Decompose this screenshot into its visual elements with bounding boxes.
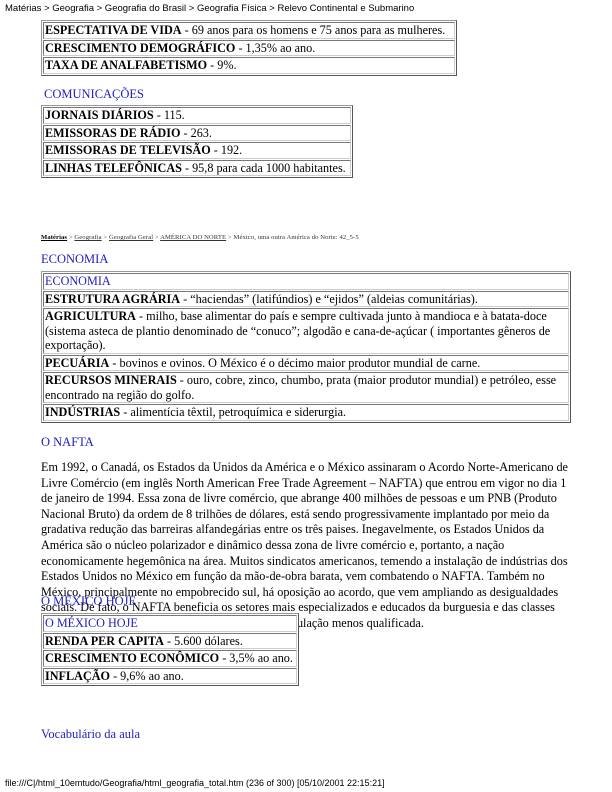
nafta-heading: O NAFTA bbox=[41, 435, 94, 450]
table-caption: ECONOMIA bbox=[43, 273, 569, 290]
row-label: RENDA PER CAPITA bbox=[45, 634, 164, 648]
economy-heading: ECONOMIA bbox=[41, 252, 108, 267]
economy-table: ECONOMIA ESTRUTURA AGRÁRIA - “haciendas”… bbox=[41, 271, 571, 423]
row-label: PECUÁRIA bbox=[45, 356, 109, 370]
table-row: EMISSORAS DE RÁDIO - 263. bbox=[43, 125, 351, 142]
row-value: - bovinos e ovinos. O México é o décimo … bbox=[109, 356, 480, 370]
demography-table: ESPECTATIVA DE VIDA - 69 anos para os ho… bbox=[41, 20, 457, 76]
table-row: INDÚSTRIAS - alimentícia têxtil, petroqu… bbox=[43, 404, 569, 421]
row-value: - 115. bbox=[154, 108, 185, 122]
row-value: - 263. bbox=[180, 126, 211, 140]
table-row: PECUÁRIA - bovinos e ovinos. O México é … bbox=[43, 355, 569, 372]
table-row: INFLAÇÃO - 9,6% ao ano. bbox=[43, 668, 297, 685]
table-row: LINHAS TELEFÔNICAS - 95,8 para cada 1000… bbox=[43, 160, 351, 177]
table-row: JORNAIS DIÁRIOS - 115. bbox=[43, 107, 351, 124]
section-breadcrumb: Matérias > Geografia > Geografia Geral >… bbox=[41, 234, 359, 241]
table-row: EMISSORAS DE TELEVISÃO - 192. bbox=[43, 142, 351, 159]
table-row: CRESCIMENTO DEMOGRÁFICO - 1,35% ao ano. bbox=[43, 40, 455, 57]
row-value: - 1,35% ao ano. bbox=[235, 41, 315, 55]
row-label: LINHAS TELEFÔNICAS bbox=[45, 161, 182, 175]
breadcrumb-separator: > bbox=[102, 234, 109, 241]
table-row: RECURSOS MINERAIS - ouro, cobre, zinco, … bbox=[43, 372, 569, 403]
row-value: - alimentícia têxtil, petroquímica e sid… bbox=[120, 405, 346, 419]
row-value: - 3,5% ao ano. bbox=[219, 651, 293, 665]
page-footer: file:///C|/html_10emtudo/Geografia/html_… bbox=[5, 778, 385, 788]
vocabulary-link[interactable]: Vocabulário da aula bbox=[41, 727, 140, 742]
row-label: CRESCIMENTO DEMOGRÁFICO bbox=[45, 41, 235, 55]
row-label: ESPECTATIVA DE VIDA bbox=[45, 23, 182, 37]
row-value: - 95,8 para cada 1000 habitantes. bbox=[182, 161, 346, 175]
row-label: AGRICULTURA bbox=[45, 309, 136, 323]
row-value: - 69 anos para os homens e 75 anos para … bbox=[182, 23, 446, 37]
row-label: CRESCIMENTO ECONÔMICO bbox=[45, 651, 219, 665]
table-row: ESTRUTURA AGRÁRIA - “haciendas” (latifún… bbox=[43, 291, 569, 308]
row-label: EMISSORAS DE TELEVISÃO bbox=[45, 143, 211, 157]
breadcrumb-link-geografia-geral[interactable]: Geografia Geral bbox=[109, 234, 153, 241]
page-header-breadcrumb: Matérias > Geografia > Geografia do Bras… bbox=[5, 3, 414, 14]
table-caption: O MÉXICO HOJE bbox=[43, 615, 297, 632]
row-value: - 5.600 dólares. bbox=[164, 634, 243, 648]
table-row: ESPECTATIVA DE VIDA - 69 anos para os ho… bbox=[43, 22, 455, 39]
breadcrumb-link-materias[interactable]: Matérias bbox=[41, 234, 67, 241]
table-row: TAXA DE ANALFABETISMO - 9%. bbox=[43, 57, 455, 74]
row-value: - 9,6% ao ano. bbox=[110, 669, 184, 683]
mexico-today-heading: O MÉXICO HOJE bbox=[41, 594, 136, 609]
mexico-today-table: O MÉXICO HOJE RENDA PER CAPITA - 5.600 d… bbox=[41, 613, 299, 686]
row-label: ESTRUTURA AGRÁRIA bbox=[45, 292, 180, 306]
breadcrumb-link-geografia[interactable]: Geografia bbox=[74, 234, 101, 241]
table-row: AGRICULTURA - milho, base alimentar do p… bbox=[43, 308, 569, 354]
breadcrumb-link-america-do-norte[interactable]: AMÉRICA DO NORTE bbox=[160, 234, 226, 241]
row-value: - “haciendas” (latifúndios) e “ejidos” (… bbox=[180, 292, 478, 306]
table-row: O MÉXICO HOJE bbox=[43, 615, 297, 632]
row-label: INDÚSTRIAS bbox=[45, 405, 120, 419]
row-label: INFLAÇÃO bbox=[45, 669, 110, 683]
table-row: RENDA PER CAPITA - 5.600 dólares. bbox=[43, 633, 297, 650]
row-label: EMISSORAS DE RÁDIO bbox=[45, 126, 180, 140]
communications-table: JORNAIS DIÁRIOS - 115. EMISSORAS DE RÁDI… bbox=[41, 105, 353, 178]
row-label: RECURSOS MINERAIS bbox=[45, 373, 177, 387]
table-row: CRESCIMENTO ECONÔMICO - 3,5% ao ano. bbox=[43, 650, 297, 667]
row-label: TAXA DE ANALFABETISMO bbox=[45, 58, 207, 72]
row-value: - 192. bbox=[211, 143, 242, 157]
communications-heading: COMUNICAÇÕES bbox=[44, 87, 144, 102]
row-value: - 9%. bbox=[207, 58, 236, 72]
row-label: JORNAIS DIÁRIOS bbox=[45, 108, 154, 122]
breadcrumb-current: México, uma outra América do Norte: 42_5… bbox=[233, 234, 358, 241]
table-row: ECONOMIA bbox=[43, 273, 569, 290]
